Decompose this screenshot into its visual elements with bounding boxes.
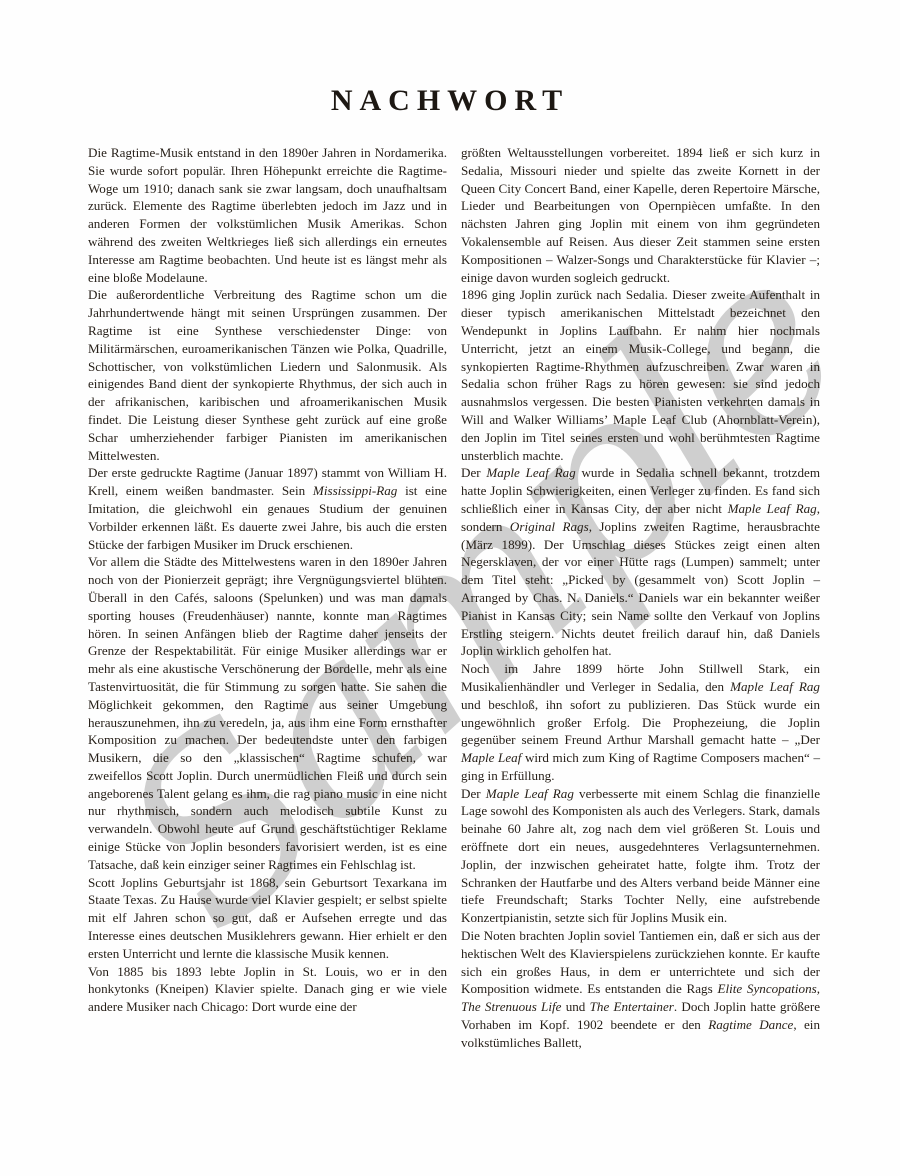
page-title: NACHWORT <box>0 84 900 118</box>
column-right: größten Weltausstellungen vorbereitet. 1… <box>461 144 820 1052</box>
paragraph: Die außerordentliche Verbreitung des Rag… <box>88 286 447 464</box>
scanned-book-page: Sample NACHWORT Die Ragtime-Musik entsta… <box>0 0 900 1176</box>
paragraph: Der Maple Leaf Rag verbesserte mit einem… <box>461 785 820 927</box>
paragraph: Von 1885 bis 1893 lebte Joplin in St. Lo… <box>88 963 447 1016</box>
paragraph: Der erste gedruckte Ragtime (Januar 1897… <box>88 464 447 553</box>
paragraph: Noch im Jahre 1899 hörte John Stillwell … <box>461 660 820 785</box>
paragraph: Vor allem die Städte des Mittelwestens w… <box>88 553 447 873</box>
column-left: Die Ragtime-Musik entstand in den 1890er… <box>88 144 447 1052</box>
paragraph: Die Ragtime-Musik entstand in den 1890er… <box>88 144 447 286</box>
paragraph: größten Weltausstellungen vorbereitet. 1… <box>461 144 820 286</box>
paragraph: Die Noten brachten Joplin soviel Tantiem… <box>461 927 820 1052</box>
text-columns: Die Ragtime-Musik entstand in den 1890er… <box>88 144 820 1052</box>
paragraph: Der Maple Leaf Rag wurde in Sedalia schn… <box>461 464 820 660</box>
paragraph: Scott Joplins Geburtsjahr ist 1868, sein… <box>88 874 447 963</box>
paragraph: 1896 ging Joplin zurück nach Sedalia. Di… <box>461 286 820 464</box>
